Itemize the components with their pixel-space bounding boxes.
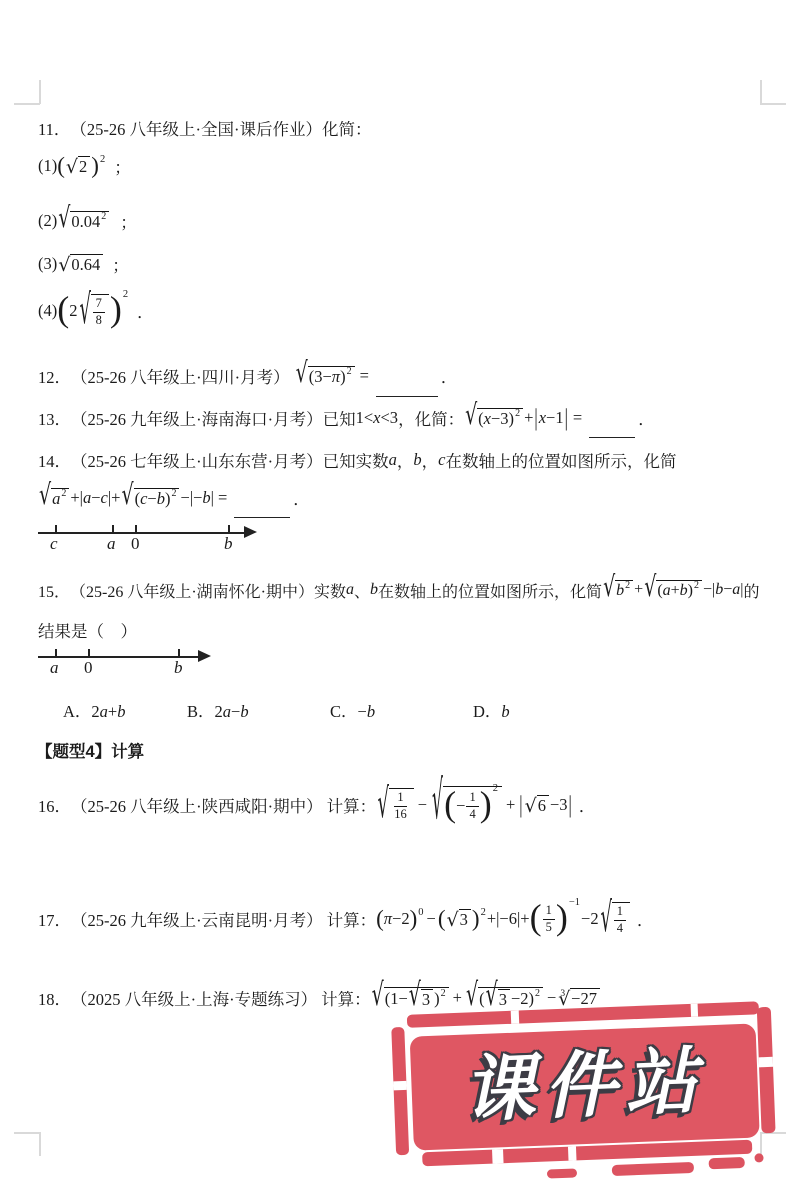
- radicand-value: 2: [79, 158, 87, 177]
- radicand: (c−b)2: [134, 488, 180, 509]
- option-d: D．b: [473, 698, 510, 722]
- radical-sign: √: [79, 293, 91, 330]
- stamp-border-gap: [691, 1004, 698, 1017]
- axis-label-c: c: [50, 534, 58, 554]
- right-paren: ): [110, 291, 122, 327]
- problem-source: （25-26 九年级上·云南昆明·月考）: [71, 907, 323, 931]
- problem-source: （25-26 九年级上·海南海口·月考）: [71, 406, 323, 430]
- stamp-border-dash: [612, 1162, 694, 1176]
- variable-a: a: [52, 490, 60, 509]
- equals-sign: =: [573, 408, 582, 428]
- variable-x: x: [539, 408, 546, 428]
- problem-11-header: 11．（25-26 八年级上·全国·课后作业）化简：: [38, 116, 372, 140]
- problem-task: 计算：: [327, 907, 377, 931]
- superscript: 2: [515, 408, 520, 420]
- radical: √2: [66, 156, 90, 177]
- radical-sign: √: [66, 159, 78, 176]
- operator: −|: [703, 581, 715, 599]
- punctuation: ；: [114, 154, 131, 178]
- problem-task: 计算：: [321, 986, 371, 1010]
- answer-blank: [234, 502, 290, 518]
- right-paren: ): [91, 154, 99, 177]
- superscript: 2: [347, 366, 352, 378]
- radicand-text: ): [340, 368, 346, 387]
- coefficient: 2: [69, 301, 77, 321]
- problem-task: 化简：: [322, 116, 372, 140]
- text-run: 实数: [314, 579, 346, 602]
- radical-sign: √: [466, 982, 478, 1010]
- option-b: B．2a−b: [187, 698, 249, 722]
- superscript: 2: [441, 988, 446, 1000]
- left-paren: (: [57, 154, 65, 177]
- fraction: 15: [543, 903, 555, 935]
- problem-17: 17．（25-26 九年级上·云南昆明·月考）计算： (π−2)0 − ( √3…: [38, 890, 653, 948]
- numerator: 1: [394, 790, 406, 807]
- denominator: 5: [543, 920, 555, 936]
- numerator: 1: [614, 904, 626, 921]
- radical-sign: √: [121, 484, 133, 510]
- right-paren: ): [410, 907, 418, 930]
- left-paren: (: [376, 907, 384, 930]
- radical: √3: [409, 989, 433, 1010]
- punctuation: ．: [637, 907, 654, 931]
- radical: √0.64: [58, 254, 103, 275]
- section-heading-text: 【题型4】计算: [36, 738, 144, 762]
- variable-a: a: [346, 581, 354, 599]
- fraction: 14: [466, 790, 478, 822]
- radicand: (−14)2: [443, 786, 502, 824]
- denominator: 8: [93, 313, 105, 329]
- radical-sign: √: [409, 982, 421, 1010]
- operator: +: [671, 582, 680, 600]
- p11-item-2: (2) √0.042 ；: [38, 200, 137, 242]
- radicand-value: 3: [460, 911, 468, 930]
- root-index: 3: [560, 989, 565, 999]
- radicand-text: (1−: [385, 990, 408, 1009]
- axis-label-b: b: [174, 658, 183, 678]
- operator: +: [634, 581, 643, 599]
- variable-a: a: [223, 702, 231, 721]
- radicand: 6: [537, 795, 549, 816]
- right-paren: ): [472, 907, 480, 930]
- punctuation: ．: [137, 299, 154, 323]
- operator: +: [108, 702, 117, 721]
- axis-label-0: 0: [131, 534, 140, 554]
- inequality: <3: [381, 408, 399, 428]
- radical: √a2: [39, 488, 69, 509]
- superscript: 2: [171, 488, 176, 500]
- fraction: 78: [93, 296, 105, 328]
- radical: √(c−b)2: [121, 488, 179, 509]
- radicand: (1−√3)2: [384, 987, 449, 1010]
- text-run: 在数轴上的位置如图所示，化简: [445, 448, 676, 472]
- crop-mark-bottom-left-v: [39, 1132, 41, 1156]
- radicand-value: 3: [422, 991, 430, 1010]
- number-line-2: a 0 b: [38, 646, 238, 682]
- radical: √(3−π)2: [296, 366, 355, 387]
- problem-12: 12．（25-26 八年级上·四川·月考） √(3−π)2 = ．: [38, 355, 457, 397]
- fraction: 14: [614, 904, 626, 936]
- stamp-border-dot: [754, 1153, 763, 1162]
- variable-a: a: [83, 488, 91, 508]
- stamp-border-gap: [492, 1149, 504, 1163]
- stamp-border-gap: [568, 1146, 577, 1160]
- tick-b: [228, 525, 230, 533]
- variable-a: a: [389, 450, 397, 470]
- radicand: a2: [51, 488, 69, 509]
- fraction: 116: [391, 790, 410, 822]
- axis-label-b: b: [224, 534, 233, 554]
- radical: √(1−√3)2: [372, 987, 449, 1010]
- punctuation: ．: [441, 364, 458, 388]
- operator: +|−6|+: [487, 909, 530, 929]
- denominator: 4: [466, 807, 478, 823]
- radicand-text: −2): [511, 990, 534, 1009]
- problem-number: 14．: [38, 448, 71, 472]
- radical: √3: [447, 909, 471, 930]
- text-run: ，化简：: [398, 406, 464, 430]
- problem-source: （25-26 八年级上·全国·课后作业）: [70, 116, 322, 140]
- variable-b: b: [202, 488, 210, 508]
- text-run: 、: [354, 579, 370, 602]
- punctuation: ．: [638, 406, 655, 430]
- radicand-text: ): [434, 990, 440, 1009]
- options-row: A．2a+b B．2a−b C．−b D．b: [0, 698, 800, 722]
- superscript: 2: [61, 488, 66, 500]
- radicand: (a+b)2: [656, 580, 702, 600]
- variable-b: b: [240, 702, 248, 721]
- variable-b: b: [715, 581, 723, 599]
- operator: −|−: [180, 488, 202, 508]
- variable-c: c: [140, 490, 147, 509]
- tick-0: [135, 525, 137, 533]
- variable-b: b: [157, 490, 165, 509]
- radical-sign: √: [39, 484, 51, 510]
- radical: √(√3−2)2: [466, 987, 543, 1010]
- tick-a: [112, 525, 114, 533]
- radical: √116: [377, 788, 414, 822]
- radicand: (√3−2)2: [478, 987, 543, 1010]
- radical-sign: √: [58, 207, 70, 233]
- problem-source: （25-26 八年级上·湖南怀化·期中）: [70, 579, 314, 602]
- superscript: 2: [123, 289, 128, 300]
- option-a-label: A．: [63, 702, 91, 721]
- radical-sign: √: [525, 798, 537, 815]
- crop-mark-top-left-v: [39, 80, 41, 104]
- axis-label-0: 0: [84, 658, 93, 678]
- punctuation: ；: [112, 252, 129, 276]
- radical: √6: [525, 795, 549, 816]
- radicand-value: 0.04: [71, 213, 100, 232]
- axis-label-a: a: [50, 658, 59, 678]
- abs-bar: |: [211, 488, 214, 508]
- problem-number: 13．: [38, 406, 71, 430]
- radicand: 116: [389, 788, 414, 822]
- radicand-value: 0.64: [71, 256, 100, 275]
- abs-bar: |: [569, 791, 572, 820]
- radical: √3: [486, 989, 510, 1010]
- punctuation: ．: [579, 793, 596, 817]
- p11-item-4: (4) ( 2 √78 ) 2 ．: [38, 282, 154, 340]
- equals-sign: =: [218, 488, 227, 508]
- stamp-watermark: 课件站: [391, 999, 782, 1192]
- operator: −: [456, 797, 465, 816]
- crop-mark-top-right-v: [760, 80, 762, 104]
- left-paren: (: [57, 291, 69, 327]
- problem-number: 12．: [38, 364, 71, 388]
- problem-source: （25-26 八年级上·四川·月考）: [71, 364, 290, 388]
- superscript: 0: [418, 907, 423, 918]
- variable-b: b: [117, 702, 125, 721]
- problem-number: 16．: [38, 793, 71, 817]
- left-paren: (: [530, 899, 542, 935]
- left-paren: (: [438, 907, 446, 930]
- item-label: (1): [38, 156, 57, 176]
- tick-0: [88, 649, 90, 657]
- axis-arrowhead: [244, 526, 257, 538]
- option-a: A．2a+b: [63, 698, 125, 722]
- radical: √(x−3)2: [465, 408, 523, 429]
- axis-line: [38, 532, 246, 534]
- operator: −: [547, 988, 556, 1008]
- problem-source: （25-26 八年级上·陕西咸阳·期中）: [71, 793, 323, 817]
- p11-item-1: (1) ( √2 ) 2 ；: [38, 145, 131, 187]
- abs-bar: |: [534, 404, 537, 433]
- stamp-border-gap: [511, 1011, 519, 1024]
- inequality: 1<: [356, 408, 374, 428]
- radical: √b2: [603, 580, 633, 600]
- radicand: b2: [615, 580, 633, 600]
- radical-sign: √: [447, 912, 459, 929]
- stamp-inner-plate: 课件站: [410, 1023, 760, 1150]
- superscript: −1: [569, 897, 580, 908]
- operator: −3: [550, 795, 568, 815]
- operator: |+: [108, 488, 121, 508]
- radical-sign: √: [58, 257, 70, 274]
- tick-b: [178, 649, 180, 657]
- operator: −: [427, 909, 436, 929]
- option-d-label: D．: [473, 702, 501, 721]
- option-c: C．−b: [330, 698, 375, 722]
- radical-sign: √: [603, 575, 615, 601]
- problem-15-line2: 结果是（ ）: [38, 618, 137, 642]
- radicand: 3: [498, 989, 510, 1010]
- crop-mark-top-left-h: [14, 103, 40, 105]
- radicand-text: ): [165, 490, 171, 509]
- radical: √(−14)2: [431, 786, 502, 824]
- abs-bar: |: [519, 791, 522, 820]
- radical-sign: √: [486, 982, 498, 1010]
- radicand: 3: [421, 989, 433, 1010]
- superscript: 2: [694, 580, 699, 592]
- radical-sign: √: [465, 404, 477, 430]
- left-paren: (: [444, 786, 456, 822]
- operator: −: [723, 581, 732, 599]
- variable-pi: π: [384, 909, 392, 929]
- superscript: 2: [481, 907, 486, 918]
- abs-bar: |: [565, 404, 568, 433]
- radical: √0.042: [58, 211, 109, 232]
- operator: −2: [392, 909, 410, 929]
- operator: −: [91, 488, 100, 508]
- superscript: 2: [493, 783, 498, 795]
- denominator: 4: [614, 921, 626, 937]
- text-run: 结果是（ ）: [38, 618, 137, 642]
- stamp-border-right: [757, 1007, 776, 1133]
- problem-13: 13．（25-26 九年级上·海南海口·月考） 已知1<x<3，化简： √(x−…: [38, 398, 655, 438]
- text-run: ，: [397, 448, 414, 472]
- variable-a: a: [100, 702, 108, 721]
- variable-b: b: [413, 450, 421, 470]
- number-line-1: c a 0 b: [38, 522, 278, 558]
- right-paren: ): [556, 899, 568, 935]
- crop-mark-top-right-h: [760, 103, 786, 105]
- radicand: 3: [459, 909, 471, 930]
- text-run: −1: [546, 408, 564, 428]
- section-heading: 【题型4】计算: [36, 738, 144, 762]
- radicand: 2: [78, 156, 90, 177]
- stamp-border-dash: [709, 1157, 745, 1169]
- worksheet-page: 11．（25-26 八年级上·全国·课后作业）化简： (1) ( √2 ) 2 …: [0, 0, 800, 1200]
- punctuation: ；: [120, 209, 137, 233]
- superscript: 2: [535, 988, 540, 1000]
- option-b-value: 2: [215, 702, 223, 721]
- radicand: 0.042: [70, 211, 109, 232]
- radical-sign: √: [644, 575, 656, 601]
- problem-number: 11．: [38, 116, 70, 140]
- problem-15-line1: 15．（25-26 八年级上·湖南怀化·期中） 实数a、b在数轴上的位置如图所示…: [38, 568, 759, 612]
- radicand: 78: [91, 294, 109, 328]
- item-label: (3): [38, 254, 57, 274]
- variable-c: c: [438, 450, 445, 470]
- stamp-border-gap: [393, 1081, 406, 1090]
- text-run: 已知实数: [323, 448, 389, 472]
- operator: +: [524, 408, 533, 428]
- radicand: (x−3)2: [477, 408, 523, 429]
- operator: −: [231, 702, 240, 721]
- problem-number: 18．: [38, 986, 71, 1010]
- option-a-value: 2: [91, 702, 99, 721]
- axis-label-a: a: [107, 534, 116, 554]
- problem-14-formula: √a2 +|a−c|+ √(c−b)2 −|−b| = ．: [38, 478, 310, 518]
- problem-16: 16．（25-26 八年级上·陕西咸阳·期中）计算： √116 − √(−14)…: [38, 776, 595, 834]
- radical-sign: √: [296, 362, 308, 388]
- operator: −: [147, 490, 156, 509]
- problem-source: （2025 八年级上·上海·专题练习）: [71, 986, 317, 1010]
- variable-b: b: [367, 702, 375, 721]
- radicand-value: 3: [499, 991, 507, 1010]
- operator: +: [453, 988, 462, 1008]
- problem-number: 17．: [38, 907, 71, 931]
- radicand-text: (: [479, 990, 485, 1009]
- radical-sign: √: [378, 787, 390, 824]
- operator: −: [418, 795, 427, 815]
- variable-b: b: [680, 582, 688, 600]
- axis-arrowhead: [198, 650, 211, 662]
- punctuation: ．: [293, 486, 310, 510]
- numerator: 7: [93, 296, 105, 313]
- text-run: 已知: [323, 406, 356, 430]
- radical-sign: √: [372, 982, 384, 1010]
- radical: √(a+b)2: [644, 580, 702, 600]
- option-c-value: −: [358, 702, 367, 721]
- radical: √78: [79, 294, 109, 328]
- text-run: ，: [422, 448, 439, 472]
- variable-c: c: [101, 488, 108, 508]
- text-run: 的: [743, 579, 759, 602]
- stamp-border-left: [391, 1027, 409, 1155]
- operator: +|: [70, 488, 83, 508]
- radicand-text: −3): [491, 410, 514, 429]
- variable-b: b: [616, 582, 624, 600]
- answer-blank: [376, 381, 438, 397]
- right-paren: ): [480, 786, 492, 822]
- problem-14-line1: 14．（25-26 七年级上·山东东营·月考） 已知实数a，b，c在数轴上的位置…: [38, 448, 676, 472]
- crop-mark-bottom-left-h: [14, 1132, 40, 1134]
- radical-sign: √: [432, 779, 443, 827]
- radicand: (3−π)2: [308, 366, 355, 387]
- numerator: 1: [543, 903, 555, 920]
- numerator: 1: [466, 790, 478, 807]
- tick-c: [55, 525, 57, 533]
- radicand: 14: [612, 902, 630, 936]
- option-b-label: B．: [187, 702, 215, 721]
- denominator: 16: [391, 807, 410, 823]
- answer-blank: [589, 422, 635, 438]
- radicand: 0.64: [70, 254, 103, 275]
- variable-a: a: [663, 582, 671, 600]
- variable-x: x: [484, 410, 491, 429]
- radicand-value: 6: [538, 797, 546, 816]
- radicand-text: ): [688, 582, 693, 600]
- variable-x: x: [373, 408, 380, 428]
- item-label: (2): [38, 211, 57, 231]
- radical: √14: [600, 902, 630, 936]
- problem-task: 计算：: [327, 793, 377, 817]
- superscript: 2: [101, 211, 106, 223]
- variable-b: b: [370, 581, 378, 599]
- variable-pi: π: [332, 368, 340, 387]
- radical-sign: √: [600, 901, 612, 938]
- text-run: 在数轴上的位置如图所示，化简: [378, 579, 602, 602]
- radicand-text: (3−: [309, 368, 332, 387]
- stamp-border-dash: [547, 1168, 577, 1178]
- problem-source: （25-26 七年级上·山东东营·月考）: [71, 448, 323, 472]
- operator: +: [506, 795, 515, 815]
- equals-sign: =: [360, 366, 369, 386]
- stamp-border-gap: [759, 1057, 773, 1068]
- superscript: 2: [100, 154, 105, 165]
- problem-number: 15．: [38, 579, 70, 602]
- p11-item-3: (3) √0.64 ；: [38, 246, 129, 282]
- variable-a: a: [732, 581, 740, 599]
- tick-a: [55, 649, 57, 657]
- superscript: 2: [625, 580, 630, 592]
- stamp-text: 课件站: [462, 1041, 708, 1130]
- item-label: (4): [38, 301, 57, 321]
- operator: −2: [581, 909, 599, 929]
- variable-b: b: [501, 702, 509, 721]
- option-c-label: C．: [330, 702, 358, 721]
